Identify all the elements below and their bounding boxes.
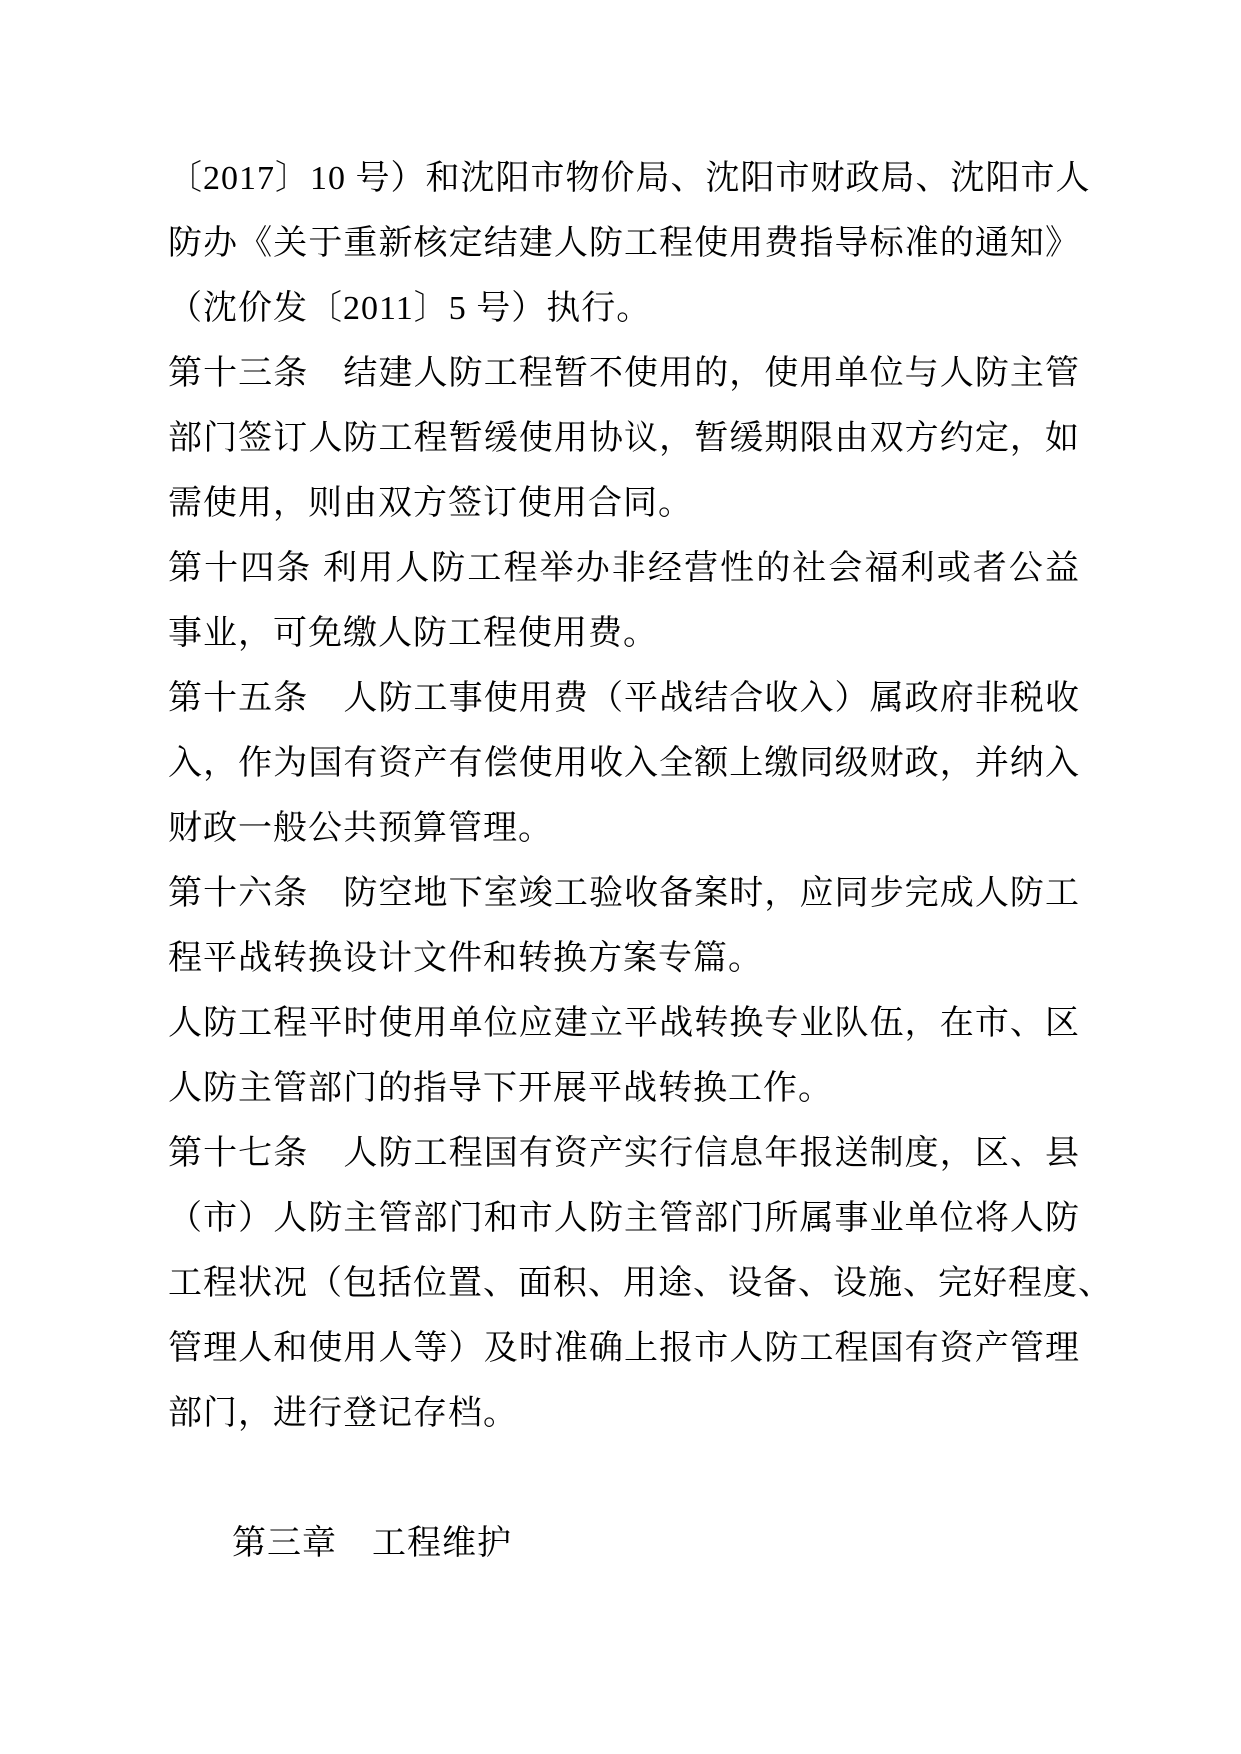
text-line: 〔2017〕10 号）和沈阳市物价局、沈阳市财政局、沈阳市人 [168, 146, 1080, 211]
text-line: 第十三条 结建人防工程暂不使用的，使用单位与人防主管 [168, 341, 1080, 406]
text-line: 入，作为国有资产有偿使用收入全额上缴同级财政，并纳入 [168, 731, 1080, 796]
text-line: 部门，进行登记存档。 [168, 1381, 1080, 1446]
blank-line [168, 1446, 1080, 1511]
text-line: 人防工程平时使用单位应建立平战转换专业队伍，在市、区 [168, 991, 1080, 1056]
text-line: 第十六条 防空地下室竣工验收备案时，应同步完成人防工 [168, 861, 1080, 926]
text-line: 第十四条 利用人防工程举办非经营性的社会福利或者公益 [168, 536, 1080, 601]
document-body: 〔2017〕10 号）和沈阳市物价局、沈阳市财政局、沈阳市人 防办《关于重新核定… [168, 146, 1080, 1576]
text-line: 部门签订人防工程暂缓使用协议，暂缓期限由双方约定，如 [168, 406, 1080, 471]
text-line: 工程状况（包括位置、面积、用途、设备、设施、完好程度、 [168, 1251, 1080, 1316]
text-line: （市）人防主管部门和市人防主管部门所属事业单位将人防 [168, 1186, 1080, 1251]
text-line: 需使用，则由双方签订使用合同。 [168, 471, 1080, 536]
text-line: （沈价发〔2011〕5 号）执行。 [168, 276, 1080, 341]
text-line: 第十五条 人防工事使用费（平战结合收入）属政府非税收 [168, 666, 1080, 731]
text-line: 财政一般公共预算管理。 [168, 796, 1080, 861]
text-line: 防办《关于重新核定结建人防工程使用费指导标准的通知》 [168, 211, 1080, 276]
text-line: 程平战转换设计文件和转换方案专篇。 [168, 926, 1080, 991]
text-line: 管理人和使用人等）及时准确上报市人防工程国有资产管理 [168, 1316, 1080, 1381]
document-page: 〔2017〕10 号）和沈阳市物价局、沈阳市财政局、沈阳市人 防办《关于重新核定… [0, 0, 1241, 1754]
text-line: 事业，可免缴人防工程使用费。 [168, 601, 1080, 666]
text-line: 人防主管部门的指导下开展平战转换工作。 [168, 1056, 1080, 1121]
chapter-heading: 第三章 工程维护 [168, 1511, 1080, 1576]
text-line: 第十七条 人防工程国有资产实行信息年报送制度，区、县 [168, 1121, 1080, 1186]
